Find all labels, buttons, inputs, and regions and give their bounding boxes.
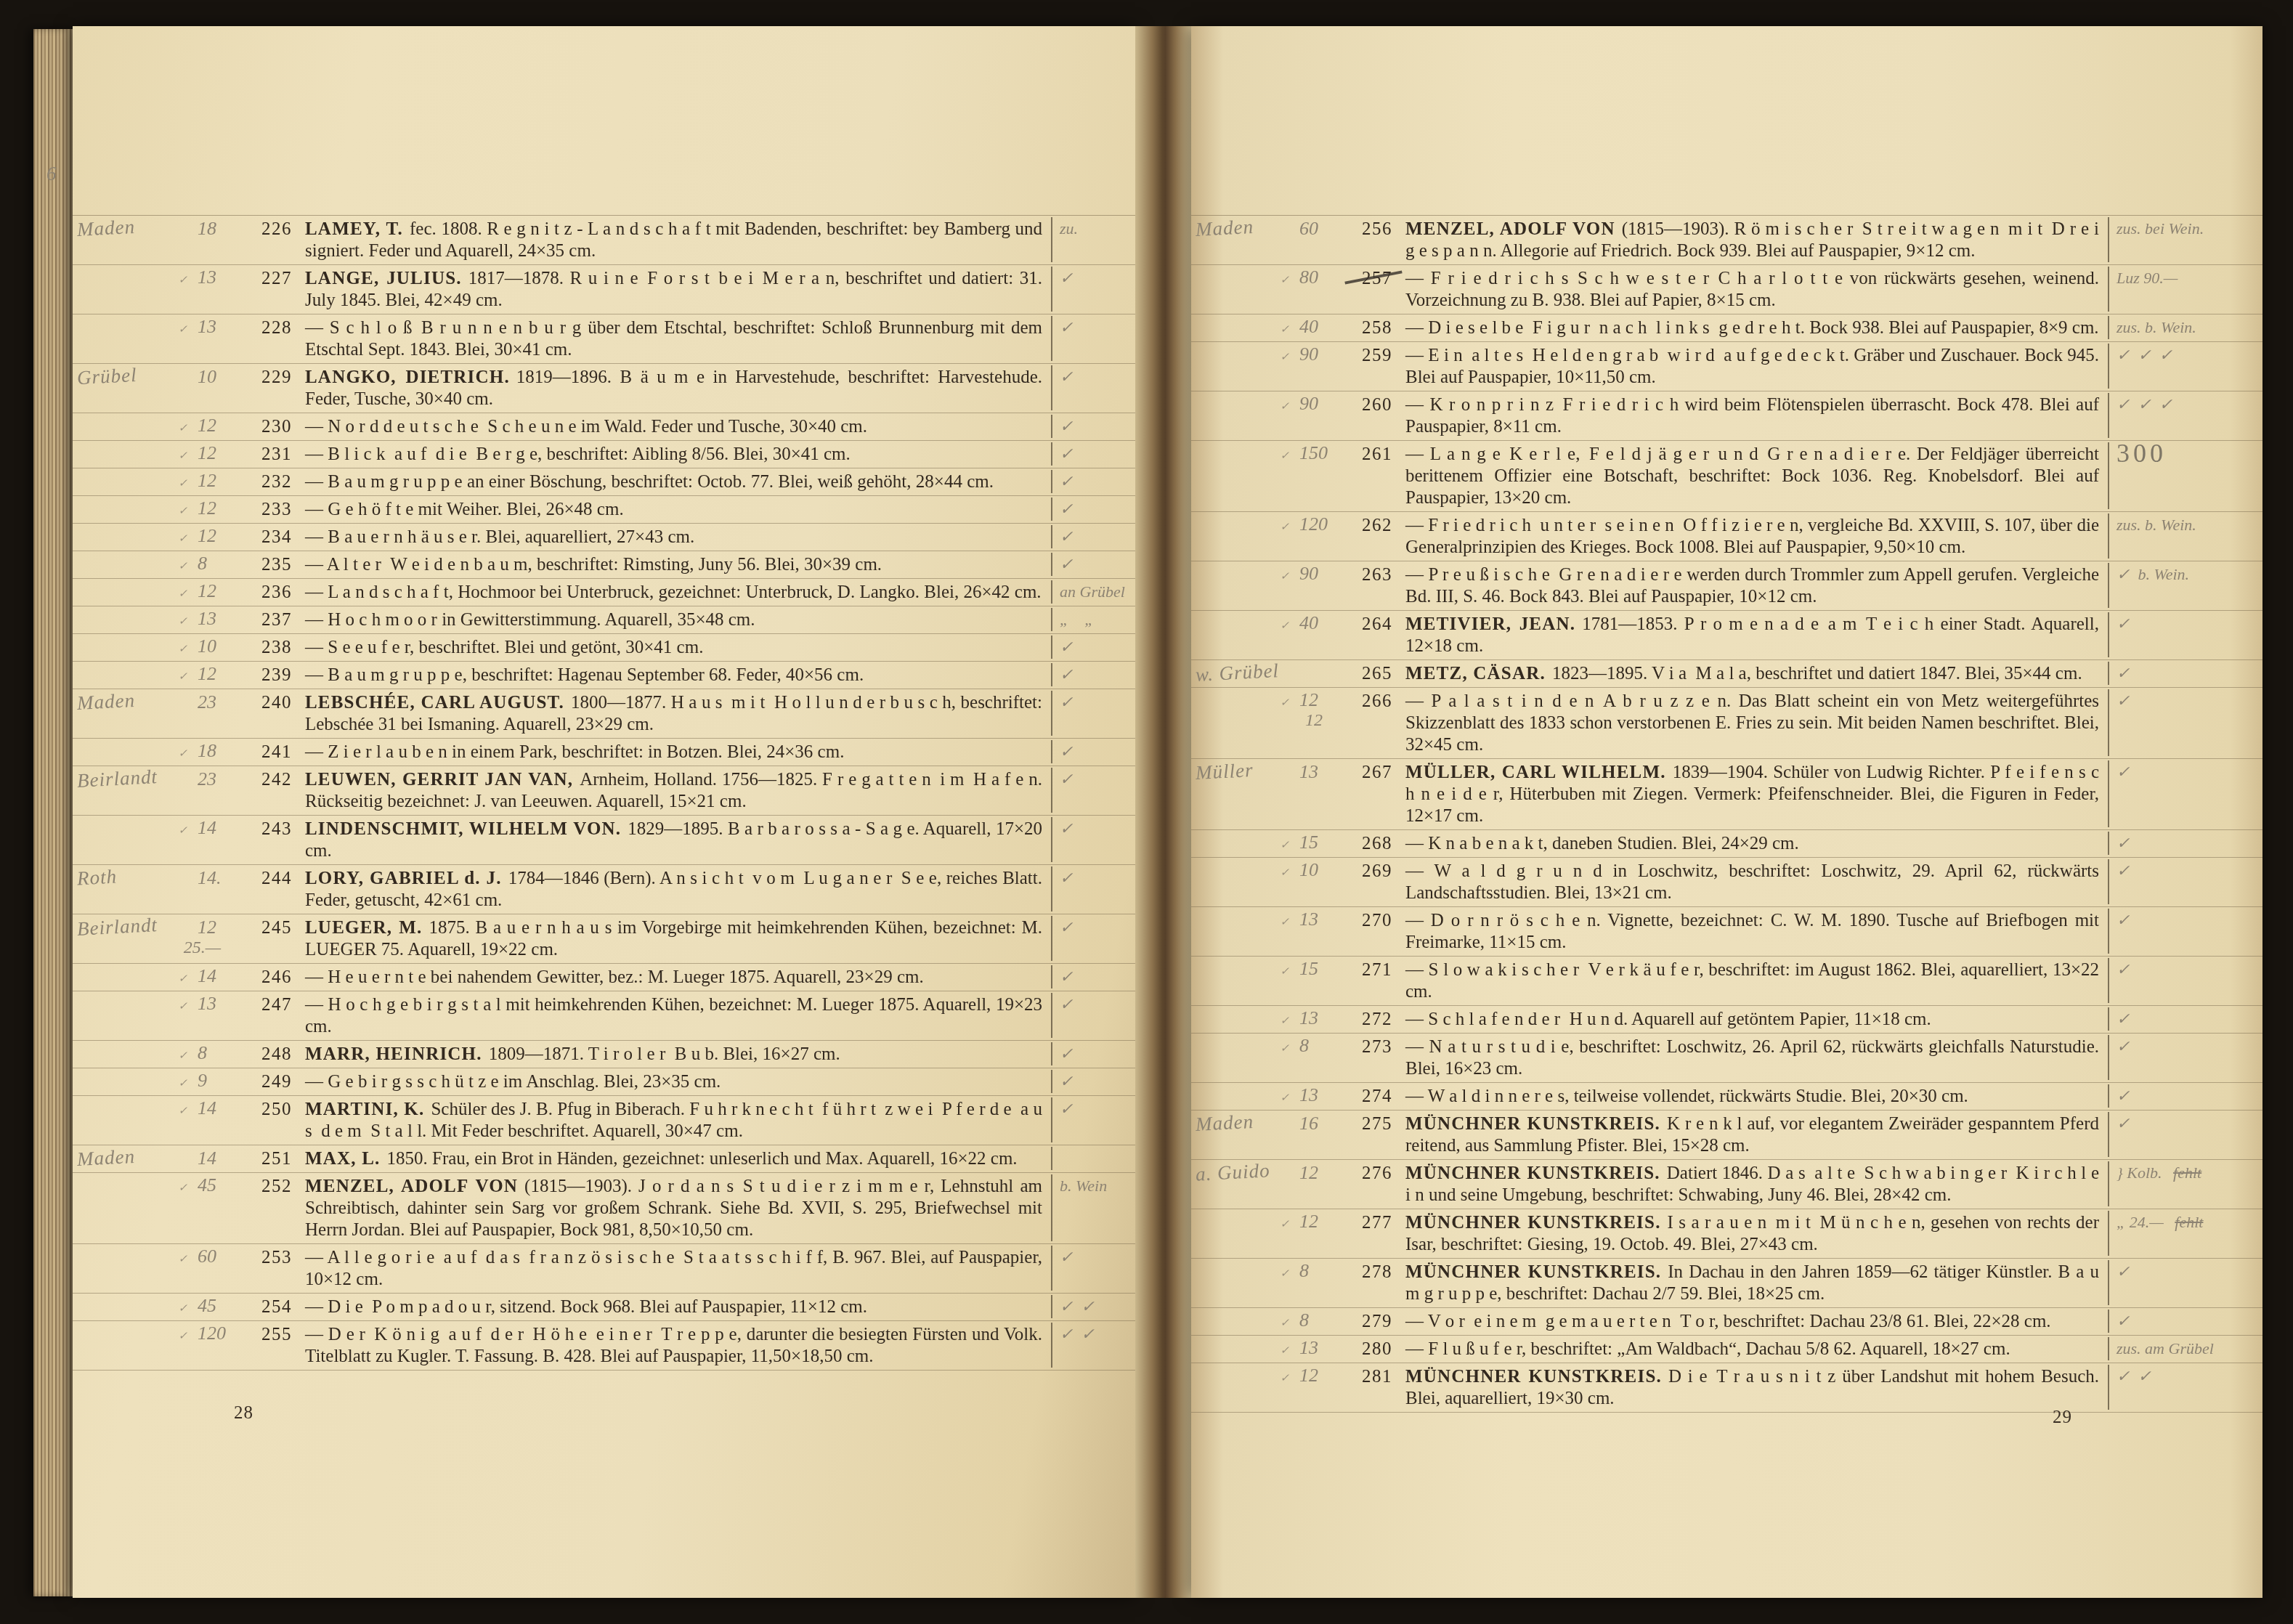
margin-annotation-right: b. Wein xyxy=(1051,1174,1135,1241)
margin-annotation-left: ✓ 13 xyxy=(73,267,245,312)
artist-name: LUEGER, M. xyxy=(305,918,422,938)
entry-number: 278 xyxy=(1347,1262,1405,1305)
sale-note: „ 24.— xyxy=(2117,1213,2164,1231)
sale-note: ✓ xyxy=(1060,555,1073,573)
margin-left-row: ✓ 12 xyxy=(77,580,245,602)
margin-left-row: ✓ 12 xyxy=(1196,689,1347,711)
margin-annotation-right: ✓ xyxy=(1051,365,1135,410)
sale-note: ✓ ✓ ✓ xyxy=(2117,346,2172,364)
margin-left-row: ✓ 60 xyxy=(77,1246,245,1267)
margin-left-row: ✓ 8 xyxy=(77,1042,245,1064)
pencil-tick: ✓ xyxy=(1280,449,1289,463)
price-annotation: 10 xyxy=(198,366,245,388)
sale-note: ✓ xyxy=(1060,638,1073,656)
margin-left-row: ✓ 15 xyxy=(1196,832,1347,853)
margin-annotation-right: ✓ xyxy=(1051,267,1135,312)
entry-number: 275 xyxy=(1347,1113,1405,1157)
catalog-entry: ✓ 8 278 MÜNCHNER KUNSTKREIS.In Dachau in… xyxy=(1191,1259,2262,1308)
price-annotation: 12 xyxy=(198,525,245,547)
price-annotation: 40 xyxy=(1299,316,1347,338)
entry-number: 271 xyxy=(1347,959,1405,1003)
entry-text: LEBSCHÉE, CARL AUGUST.1800—1877. H a u s… xyxy=(305,692,1051,736)
entry-number: 244 xyxy=(245,868,305,912)
pencil-tick: ✓ xyxy=(178,273,187,287)
pencil-tick: ✓ xyxy=(178,1181,187,1195)
margin-annotation-right: ✓ ✓ xyxy=(2108,1365,2262,1410)
price-annotation: 12 xyxy=(198,442,245,464)
entry-description: — L a n g e K e r l e, F e l d j ä g e r… xyxy=(1405,444,2099,508)
margin-annotation-left: ✓ 12 xyxy=(73,470,245,493)
entry-number: 264 xyxy=(1347,614,1405,657)
margin-annotation-right: ✓ xyxy=(2108,958,2262,1003)
pencil-tick: ✓ xyxy=(1280,1371,1289,1385)
entry-description: — B a u m g r u p p e, beschriftet: Hage… xyxy=(305,665,864,685)
catalog-entry: ✓ 12 277 MÜNCHNER KUNSTKREIS.I s a r a u… xyxy=(1191,1209,2262,1259)
entry-text: — N a t u r s t u d i e, beschriftet: Lo… xyxy=(1405,1036,2108,1080)
margin-annotation-left: ✓ 13 xyxy=(1191,1084,1347,1108)
catalog-entry: ✓ 18 241 — Z i e r l a u b e n in einem … xyxy=(73,739,1135,766)
entry-text: MARR, HEINRICH.1809—1871. T i r o l e r … xyxy=(305,1044,1051,1065)
margin-left-row: ✓ 18 xyxy=(77,740,245,762)
artist-name: MARR, HEINRICH. xyxy=(305,1044,482,1064)
entry-text: — P a l a s t i n d e n A b r u z z e n.… xyxy=(1405,691,2108,756)
price-annotation: 45 xyxy=(198,1295,245,1317)
catalog-entry: ✓ 120 262 — F r i e d r i c h u n t e r … xyxy=(1191,512,2262,561)
margin-left-row: ✓ 120 xyxy=(1196,513,1347,535)
pencil-tick: ✓ xyxy=(178,1076,187,1090)
margin-annotation-left: ✓ 12 xyxy=(73,663,245,686)
margin-annotation-right: ✓ xyxy=(1051,1246,1135,1291)
entry-number: 273 xyxy=(1347,1036,1405,1080)
margin-left-row: ✓ 45 xyxy=(77,1295,245,1317)
sale-note: ✓ xyxy=(1060,318,1073,336)
margin-annotation-left: Müller 13 xyxy=(1191,760,1347,827)
sale-note: zu. xyxy=(1060,219,1078,237)
entry-text: MAX, L.1850. Frau, ein Brot in Händen, g… xyxy=(305,1148,1051,1170)
margin-annotation-left: ✓ 12 xyxy=(1191,1211,1347,1256)
margin-annotation-left: ✓ 13 xyxy=(1191,1007,1347,1031)
entry-number: 241 xyxy=(245,742,305,763)
price-annotation: 120 xyxy=(198,1323,245,1344)
entry-number: 261 xyxy=(1347,444,1405,509)
margin-left-row: ✓ 14 xyxy=(77,1097,245,1119)
catalog-entry: Beirlandt 23 242 LEUWEN, GERRIT JAN VAN,… xyxy=(73,766,1135,816)
sale-note: ✓ xyxy=(2117,1114,2130,1132)
entry-description: — H e u e r n t e bei nahendem Gewitter,… xyxy=(305,967,924,987)
margin-annotation-left: ✓ 8 xyxy=(1191,1260,1347,1305)
pencil-tick: ✓ xyxy=(1280,273,1289,287)
entry-number: 263 xyxy=(1347,564,1405,608)
margin-annotation-right: ✓ xyxy=(2108,1035,2262,1080)
pencil-tick: ✓ xyxy=(178,587,187,601)
margin-annotation-right: ✓ xyxy=(2108,859,2262,904)
entry-number: 235 xyxy=(245,554,305,576)
margin-annotation-left: ✓ 45 xyxy=(73,1295,245,1318)
catalog-entry: ✓ 12 230 — N o r d d e u t s c h e S c h… xyxy=(73,413,1135,441)
margin-left-row: ✓ 13 xyxy=(1196,909,1347,930)
buyer-name-annotation: Maden xyxy=(76,689,135,715)
margin-left-row: ✓ 90 xyxy=(1196,344,1347,365)
book-spread: 6 Maden 18 226 LAMEY, T.fec. 1808. R e g… xyxy=(0,0,2293,1624)
entry-number: 233 xyxy=(245,499,305,521)
pencil-tick: ✓ xyxy=(1280,965,1289,978)
catalog-entry: ✓ 90 263 — P r e u ß i s c h e G r e n a… xyxy=(1191,561,2262,611)
price-annotation: 18 xyxy=(198,740,245,762)
price-annotation: 14. xyxy=(198,867,245,889)
entry-number: 256 xyxy=(1347,219,1405,262)
price-annotation: 13 xyxy=(198,993,245,1015)
margin-annotation-left: ✓ 14 xyxy=(73,1097,245,1142)
entry-number: 243 xyxy=(245,819,305,862)
artist-name: MENZEL, ADOLF VON xyxy=(305,1177,518,1196)
catalog-entry: ✓ 14 243 LINDENSCHMIT, WILHELM VON.1829—… xyxy=(73,816,1135,865)
margin-left-row: ✓ 40 xyxy=(1196,612,1347,634)
entry-text: MÜNCHNER KUNSTKREIS.In Dachau in den Jah… xyxy=(1405,1262,2108,1305)
entry-number: 281 xyxy=(1347,1366,1405,1410)
sale-note: ✓ ✓ xyxy=(2117,1367,2151,1385)
entry-number: 240 xyxy=(245,692,305,736)
page-number-right: 29 xyxy=(2053,1408,2072,1428)
entry-description: — K r o n p r i n z F r i e d r i c h wi… xyxy=(1405,395,2099,437)
margin-annotation-right: ✓ xyxy=(1051,965,1135,988)
entry-description: 1850. Frau, ein Brot in Händen, gezeichn… xyxy=(387,1149,1018,1169)
margin-annotation-left: ✓ 90 xyxy=(1191,344,1347,389)
pencil-tick: ✓ xyxy=(178,614,187,628)
margin-annotation-left: ✓ 14 xyxy=(73,817,245,862)
sale-note: ✓ xyxy=(2117,1010,2130,1028)
sale-note: ✓ xyxy=(1060,527,1073,545)
entry-text: — D o r n r ö s c h e n. Vignette, bezei… xyxy=(1405,910,2108,954)
price-annotation: 12 xyxy=(1299,1365,1347,1387)
entry-description: — N o r d d e u t s c h e S c h e u n e … xyxy=(305,417,867,437)
buyer-name-annotation: Maden xyxy=(1195,1111,1254,1136)
entry-number: 239 xyxy=(245,665,305,686)
sale-note: ✓ xyxy=(1060,869,1073,887)
margin-left-row: ✓ 12 xyxy=(1196,1211,1347,1233)
margin-annotation-right: ✓ xyxy=(2108,1260,2262,1305)
entry-list-right: Maden 60 256 MENZEL, ADOLF VON(1815—1903… xyxy=(1191,215,2262,1413)
margin-annotation-left: ✓ 9 xyxy=(73,1070,245,1093)
margin-annotation-left: ✓ 12 xyxy=(73,525,245,548)
entry-text: — K n a b e n a k t, daneben Studien. Bl… xyxy=(1405,833,2108,855)
pencil-tick: ✓ xyxy=(178,421,187,435)
margin-left-row: ✓ 120 xyxy=(77,1323,245,1344)
pencil-tick: ✓ xyxy=(1280,1344,1289,1357)
margin-annotation-right: ✓ xyxy=(1051,691,1135,736)
margin-annotation-left: ✓ 60 xyxy=(73,1246,245,1291)
sale-note: ✓ xyxy=(2117,691,2130,710)
sale-note: zus. am Grübel xyxy=(2117,1339,2214,1357)
price-annotation: 13 xyxy=(1299,1084,1347,1106)
pencil-tick: ✓ xyxy=(1280,520,1289,534)
margin-annotation-right: ✓ xyxy=(1051,866,1135,912)
artist-name: LEUWEN, GERRIT JAN VAN, xyxy=(305,770,573,789)
margin-annotation-left: ✓ 13 xyxy=(1191,909,1347,954)
margin-annotation-right: „ „ xyxy=(1051,608,1135,631)
entry-number: 259 xyxy=(1347,345,1405,389)
price-annotation: 9 xyxy=(198,1070,245,1092)
catalog-entry: Maden 23 240 LEBSCHÉE, CARL AUGUST.1800—… xyxy=(73,689,1135,739)
entry-number: 270 xyxy=(1347,910,1405,954)
margin-annotation-right: ✓ xyxy=(1051,442,1135,466)
price-annotation: 12 xyxy=(198,470,245,492)
sale-note: ✓ xyxy=(1060,770,1073,788)
margin-annotation-right: zu. xyxy=(1051,217,1135,262)
entry-description: — B l i c k a u f d i e B e r g e, besch… xyxy=(305,444,851,464)
entry-text: MENZEL, ADOLF VON(1815—1903). R ö m i s … xyxy=(1405,219,2108,262)
price-annotation: 40 xyxy=(1299,612,1347,634)
buyer-name-annotation: Müller xyxy=(1195,759,1254,784)
page-right: Maden 60 256 MENZEL, ADOLF VON(1815—1903… xyxy=(1191,26,2262,1598)
entry-description: — G e b i r g s s c h ü t z e im Anschla… xyxy=(305,1072,721,1092)
entry-number: 234 xyxy=(245,527,305,548)
entry-description: — N a t u r s t u d i e, beschriftet: Lo… xyxy=(1405,1037,2099,1079)
margin-annotation-right: ✓ xyxy=(2108,832,2262,855)
price-annotation: 14 xyxy=(198,965,245,987)
entry-text: — S e e u f e r, beschriftet. Blei und g… xyxy=(305,637,1051,659)
price-annotation: 16 xyxy=(1299,1113,1347,1134)
entry-text: — A l l e g o r i e a u f d a s f r a n … xyxy=(305,1247,1051,1291)
entry-description: — Z i e r l a u b e n in einem Park, bes… xyxy=(305,742,844,762)
margin-annotation-right: ✓ b. Wein. xyxy=(2108,563,2262,608)
entry-number: 231 xyxy=(245,444,305,466)
pencil-tick: ✓ xyxy=(1280,322,1289,336)
margin-annotation-right: 300 xyxy=(2108,442,2262,509)
margin-annotation-left: ✓ 10 xyxy=(1191,859,1347,904)
margin-annotation-right: } Kolb. fehlt xyxy=(2108,1161,2262,1206)
buyer-name-annotation: a. Guido xyxy=(1195,1159,1270,1185)
sale-note: ✓ xyxy=(1060,368,1073,386)
sale-note: ✓ xyxy=(1060,500,1073,518)
catalog-entry: ✓ 13 280 — F l u ß u f e r, beschriftet:… xyxy=(1191,1336,2262,1363)
margin-annotation-right: ✓ xyxy=(1051,316,1135,361)
artist-name: MÜLLER, CARL WILHELM. xyxy=(1405,763,1666,782)
catalog-entry: a. Guido 12 276 MÜNCHNER KUNSTKREIS.Dati… xyxy=(1191,1160,2262,1209)
price-annotation: 18 xyxy=(198,218,245,240)
entry-text: MÜNCHNER KUNSTKREIS.I s a r a u e n m i … xyxy=(1405,1212,2108,1256)
margin-annotation-left: ✓ 13 xyxy=(73,608,245,631)
entry-text: — F l u ß u f e r, beschriftet: „Am Wald… xyxy=(1405,1339,2108,1360)
catalog-entry: Maden 14 251 MAX, L.1850. Frau, ein Brot… xyxy=(73,1145,1135,1173)
entry-description: — F r i e d r i c h u n t e r s e i n e … xyxy=(1405,516,2099,557)
entry-description: — V o r e i n e m g e m a u e r t e n T … xyxy=(1405,1312,2051,1331)
entry-description: — S e e u f e r, beschriftet. Blei und g… xyxy=(305,638,703,657)
entry-description: — A l l e g o r i e a u f d a s f r a n … xyxy=(305,1248,1042,1289)
margin-annotation-right: ✓ xyxy=(2108,909,2262,954)
entry-text: — S l o w a k i s c h e r V e r k ä u f … xyxy=(1405,959,2108,1003)
margin-annotation-right: Luz 90.— xyxy=(2108,267,2262,312)
entry-number: 236 xyxy=(245,582,305,604)
price-annotation: 8 xyxy=(198,553,245,575)
catalog-entry: ✓ 90 259 — E i n a l t e s H e l d e n g… xyxy=(1191,342,2262,391)
entry-text: — F r i e d r i c h s S c h w e s t e r … xyxy=(1405,268,2108,312)
entry-description: fec. 1808. R e g n i t z - L a n d s c h… xyxy=(305,219,1042,261)
sale-note: ✓ xyxy=(1060,444,1073,463)
entry-text: — P r e u ß i s c h e G r e n a d i e r … xyxy=(1405,564,2108,608)
margin-annotation-left: ✓ 18 xyxy=(73,740,245,763)
margin-left-row: Maden 16 xyxy=(1196,1112,1347,1134)
price-annotation-extra: 12 xyxy=(1196,711,1347,731)
margin-annotation-left: Beirlandt 12 25.— xyxy=(73,916,245,961)
entry-number: 266 xyxy=(1347,691,1405,756)
buyer-name-annotation: Beirlandt xyxy=(76,766,158,792)
entry-description: — B a u m g r u p p e an einer Böschung,… xyxy=(305,472,994,492)
artist-name: LANGE, JULIUS. xyxy=(305,269,462,288)
entry-text: LEUWEN, GERRIT JAN VAN,Arnheim, Holland.… xyxy=(305,769,1051,813)
margin-annotation-right: ✓ xyxy=(2108,1084,2262,1108)
margin-annotation-right: ✓ xyxy=(1051,916,1135,961)
entry-text: — F r i e d r i c h u n t e r s e i n e … xyxy=(1405,515,2108,559)
entry-text: — B a u e r n h ä u s e r. Blei, aquarel… xyxy=(305,527,1051,548)
catalog-entry: ✓ 13 237 — H o c h m o o r in Gewitterst… xyxy=(73,606,1135,634)
catalog-entry: ✓ 8 273 — N a t u r s t u d i e, beschri… xyxy=(1191,1034,2262,1083)
entry-text: LUEGER, M.1875. B a u e r n h a u s im V… xyxy=(305,917,1051,961)
margin-left-row: ✓ 12 xyxy=(77,470,245,492)
pencil-tick: ✓ xyxy=(178,642,187,656)
price-annotation: 60 xyxy=(1299,218,1347,240)
artist-name: MENZEL, ADOLF VON xyxy=(1405,219,1615,239)
entry-text: — W a l d g r u n d in Loschwitz, beschr… xyxy=(1405,861,2108,904)
margin-annotation-left: Beirlandt 23 xyxy=(73,768,245,813)
entry-text: — H o c h g e b i r g s t a l mit heimke… xyxy=(305,994,1051,1038)
price-annotation: 60 xyxy=(198,1246,245,1267)
entry-number: 253 xyxy=(245,1247,305,1291)
margin-annotation-right: ✓ xyxy=(1051,768,1135,813)
catalog-entry: ✓ 14 246 — H e u e r n t e bei nahendem … xyxy=(73,964,1135,991)
margin-left-row: ✓ 8 xyxy=(1196,1310,1347,1331)
entry-text: LINDENSCHMIT, WILHELM VON.1829—1895. B a… xyxy=(305,819,1051,862)
sale-note: ✓ xyxy=(2117,1262,2130,1280)
buyer-name-annotation: Maden xyxy=(76,1145,135,1171)
price-annotation-extra: 25.— xyxy=(77,938,245,958)
margin-annotation-left: ✓ 15 xyxy=(1191,832,1347,855)
price-annotation: 15 xyxy=(1299,832,1347,853)
margin-annotation-right xyxy=(1051,1147,1135,1170)
entry-text: — D e r K ö n i g a u f d e r H ö h e e … xyxy=(305,1324,1051,1368)
price-annotation: 12 xyxy=(1299,1162,1347,1184)
margin-annotation-left: ✓ 12 xyxy=(73,415,245,438)
margin-annotation-right: ✓ xyxy=(1051,553,1135,576)
entry-description: — F r i e d r i c h s S c h w e s t e r … xyxy=(1405,269,2099,310)
price-annotation: 12 xyxy=(198,415,245,437)
catalog-entry: ✓ 12 231 — B l i c k a u f d i e B e r g… xyxy=(73,441,1135,468)
margin-annotation-right: ✓ xyxy=(1051,525,1135,548)
catalog-entry: ✓ 150 261 — L a n g e K e r l e, F e l d… xyxy=(1191,441,2262,512)
catalog-entry: ✓ 40 264 METIVIER, JEAN.1781—1853. P r o… xyxy=(1191,611,2262,660)
margin-annotation-right: ✓ ✓ xyxy=(1051,1323,1135,1368)
sale-note: an Grübel xyxy=(1060,582,1125,601)
entry-description: — H o c h m o o r in Gewitterstimmung. A… xyxy=(305,610,755,630)
entry-text: — V o r e i n e m g e m a u e r t e n T … xyxy=(1405,1311,2108,1333)
entry-text: — E i n a l t e s H e l d e n g r a b w … xyxy=(1405,345,2108,389)
margin-left-row: Maden 23 xyxy=(77,691,245,713)
margin-annotation-left: ✓ 13 xyxy=(73,993,245,1038)
sale-note: zus. bei Wein. xyxy=(2117,219,2204,237)
entry-number: 280 xyxy=(1347,1339,1405,1360)
margin-annotation-right: ✓ xyxy=(1051,1097,1135,1142)
margin-annotation-right: ✓ xyxy=(1051,663,1135,686)
margin-left-row: ✓ 12 xyxy=(1196,1365,1347,1387)
sale-note: ✓ xyxy=(2117,614,2130,633)
margin-annotation-left: ✓ 40 xyxy=(1191,612,1347,657)
margin-left-row: ✓ 9 xyxy=(77,1070,245,1092)
margin-annotation-left: Maden 18 xyxy=(73,217,245,262)
entry-number: 245 xyxy=(245,917,305,961)
price-annotation: 90 xyxy=(1299,393,1347,415)
sale-note: ✓ xyxy=(2117,1312,2130,1330)
margin-annotation-left: ✓ 14 xyxy=(73,965,245,988)
margin-left-row: ✓ 10 xyxy=(1196,859,1347,881)
entry-number: 269 xyxy=(1347,861,1405,904)
pencil-tick: ✓ xyxy=(178,559,187,573)
price-annotation: 150 xyxy=(1299,442,1347,464)
margin-left-row: ✓ 12 xyxy=(77,442,245,464)
margin-annotation-right: an Grübel xyxy=(1051,580,1135,604)
catalog-entry: ✓ 13 272 — S c h l a f e n d e r H u n d… xyxy=(1191,1006,2262,1034)
price-annotation: 10 xyxy=(198,636,245,657)
sale-note: ✓ xyxy=(1060,967,1073,986)
sale-note: ✓ xyxy=(1060,693,1073,711)
catalog-entry: ✓ 12 281 MÜNCHNER KUNSTKREIS.D i e T r a… xyxy=(1191,1363,2262,1413)
price-annotation: 13 xyxy=(1299,1007,1347,1029)
catalog-entry: ✓ 13 274 — W a l d i n n e r e s, teilwe… xyxy=(1191,1083,2262,1111)
catalog-entry: ✓ 12 236 — L a n d s c h a f t, Hochmoor… xyxy=(73,579,1135,606)
pencil-tick: ✓ xyxy=(178,824,187,837)
sale-note: ✓ xyxy=(2117,763,2130,781)
pencil-tick: ✓ xyxy=(1280,350,1289,364)
margin-annotation-left: ✓ 80 xyxy=(1191,267,1347,312)
entry-text: — H e u e r n t e bei nahendem Gewitter,… xyxy=(305,967,1051,988)
margin-annotation-left: ✓ 12 xyxy=(73,580,245,604)
entry-description: — H o c h g e b i r g s t a l mit heimke… xyxy=(305,995,1042,1036)
entry-number: 276 xyxy=(1347,1163,1405,1206)
margin-annotation-right: ✓ ✓ xyxy=(1051,1295,1135,1318)
margin-annotation-right: ✓ xyxy=(2108,1310,2262,1333)
sale-note: ✓ ✓ xyxy=(1060,1297,1095,1315)
price-annotation: 8 xyxy=(1299,1260,1347,1282)
catalog-entry: Roth 14. 244 LORY, GABRIEL d. J.1784—184… xyxy=(73,865,1135,914)
pencil-tick: ✓ xyxy=(178,1329,187,1343)
entry-text: — D i e P o m p a d o u r, sitzend. Bock… xyxy=(305,1296,1051,1318)
margin-left-row: ✓ 15 xyxy=(1196,958,1347,980)
entry-text: — W a l d i n n e r e s, teilweise volle… xyxy=(1405,1086,2108,1108)
entry-text: — N o r d d e u t s c h e S c h e u n e … xyxy=(305,416,1051,438)
price-annotation: 8 xyxy=(1299,1035,1347,1057)
entry-number: 257 xyxy=(1347,268,1405,312)
catalog-entry: ✓ 8 279 — V o r e i n e m g e m a u e r … xyxy=(1191,1308,2262,1336)
margin-left-row: Maden 60 xyxy=(1196,217,1347,240)
entry-description: — F l u ß u f e r, beschriftet: „Am Wald… xyxy=(1405,1339,2010,1359)
artist-name: LEBSCHÉE, CARL AUGUST. xyxy=(305,693,564,712)
catalog-entry: w. Grübel 265 METZ, CÄSAR.1823—1895. V i… xyxy=(1191,660,2262,688)
entry-number: 230 xyxy=(245,416,305,438)
pencil-tick: ✓ xyxy=(1280,1217,1289,1231)
price-annotation: 23 xyxy=(198,768,245,790)
margin-annotation-left: a. Guido 12 xyxy=(1191,1161,1347,1206)
entry-number: 249 xyxy=(245,1071,305,1093)
catalog-entry: ✓ 12 232 — B a u m g r u p p e an einer … xyxy=(73,468,1135,496)
sale-note: ✓ xyxy=(2117,911,2130,929)
margin-annotation-left: ✓ 45 xyxy=(73,1174,245,1241)
entry-text: — B l i c k a u f d i e B e r g e, besch… xyxy=(305,444,1051,466)
price-annotation: 12 xyxy=(198,917,245,938)
entry-description: — S c h l a f e n d e r H u n d. Aquarel… xyxy=(1405,1010,1931,1029)
entry-text: LANGE, JULIUS.1817—1878. R u i n e F o r… xyxy=(305,268,1051,312)
catalog-entry: ✓ 12 233 — G e h ö f t e mit Weiher. Ble… xyxy=(73,496,1135,524)
pencil-tick: ✓ xyxy=(1280,1091,1289,1105)
margin-left-row: ✓ 150 xyxy=(1196,442,1347,464)
entry-number: 247 xyxy=(245,994,305,1038)
